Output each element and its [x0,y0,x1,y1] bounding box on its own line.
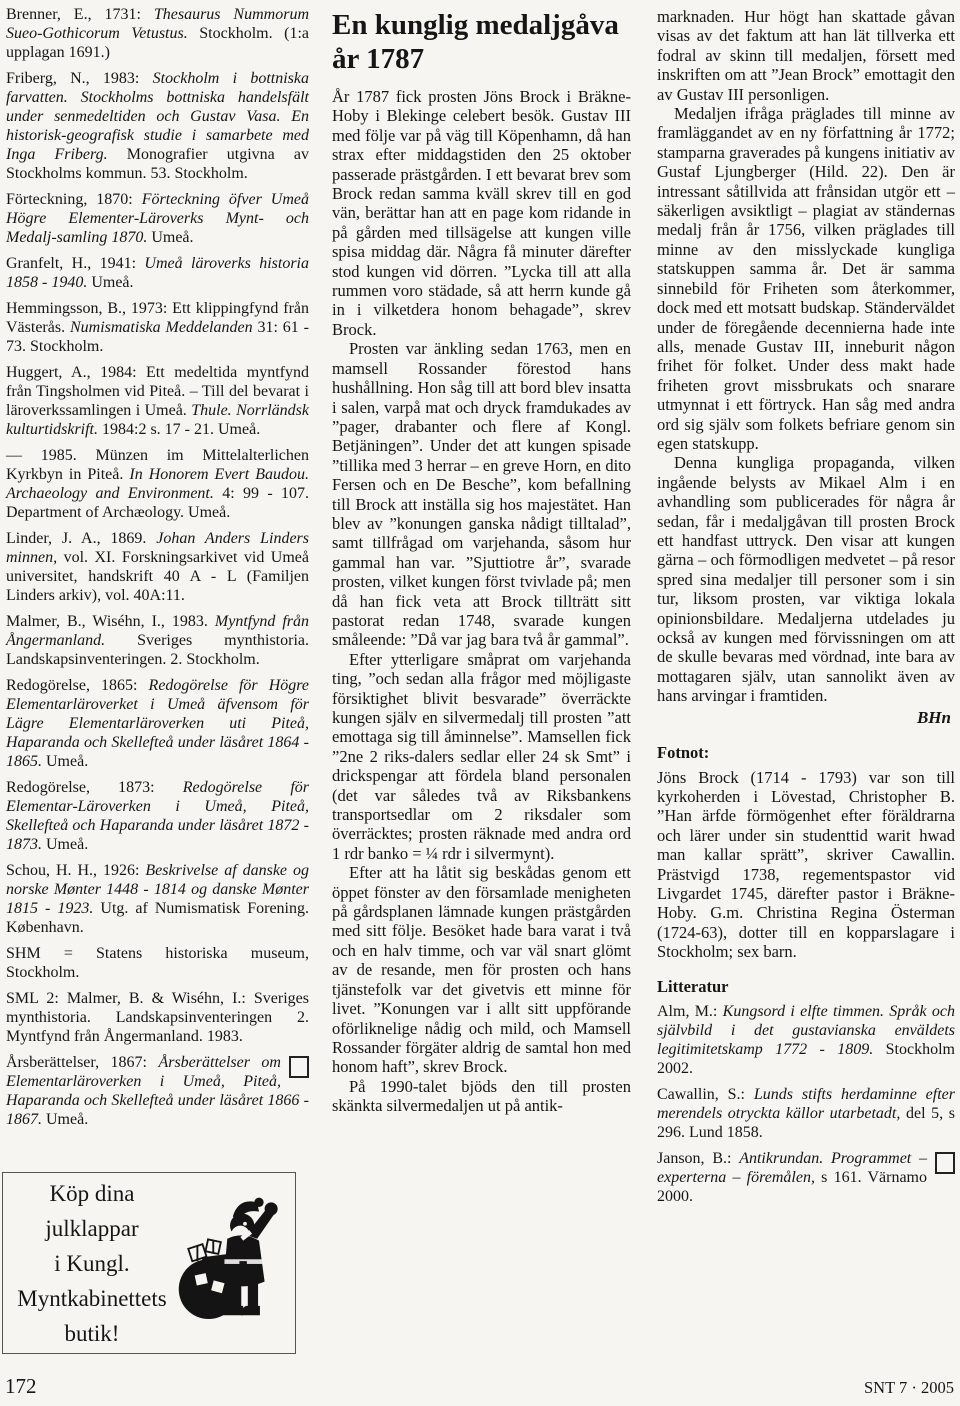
article-paragraph: Efter att ha låtit sig beskådas genom et… [332,863,631,1076]
reference-entry: — 1985. Münzen im Mittelalterlichen Kyrk… [6,446,309,522]
reference-entry: SHM = Statens historiska museum, Stockho… [6,944,309,982]
reference-entry: Brenner, E., 1731: Thesaurus Nummorum Su… [6,5,309,62]
article-title-line2: år 1787 [332,42,631,76]
advert-line: Köp dina julklappar [9,1176,175,1246]
article-paragraph: År 1787 fick prosten Jöns Brock i Bräkne… [332,87,631,339]
reference-entry: Schou, H. H., 1926: Beskrivelse af dansk… [6,861,309,937]
reference-entry: Granfelt, H., 1941: Umeå läroverks histo… [6,254,309,292]
article-signature: BHn [657,708,951,728]
article-title-line1: En kunglig medaljgåva [332,8,631,42]
journal-issue-label: SNT 7 · 2005 [864,1378,954,1398]
literature-entry: Cawallin, S.: Lunds stifts herdaminne ef… [657,1085,955,1142]
advert-text: Köp dina julklappar i Kungl. Myntkabinet… [3,1176,175,1351]
literature-heading: Litteratur [657,977,955,997]
advert-line: i Kungl. [9,1246,175,1281]
end-of-article-marker [935,1152,955,1174]
reference-entry: Förteckning, 1870: Förteckning öfver Ume… [6,190,309,247]
article-column-1: En kunglig medaljgåva år 1787 År 1787 fi… [332,8,631,1116]
footnote-text: Jöns Brock (1714 - 1793) var son till ky… [657,768,955,962]
reference-entry: Malmer, B., Wiséhn, I., 1983. Myntfynd f… [6,612,309,669]
reference-entry: Hemmingsson, B., 1973: Ett klippingfynd … [6,299,309,356]
references-column: Brenner, E., 1731: Thesaurus Nummorum Su… [6,5,309,1136]
journal-page: Brenner, E., 1731: Thesaurus Nummorum Su… [0,0,960,1406]
advert-line: Myntkabinettets [9,1281,175,1316]
literature-entry: Janson, B.: Antikrundan. Programmet – ex… [657,1149,955,1206]
reference-entry: Redogörelse, 1865: Redogörelse för Högre… [6,676,309,771]
article-paragraph: Prosten var änkling sedan 1763, men en m… [332,339,631,650]
literature-list: Alm, M.: Kungsord i elfte timmen. Språk … [657,1002,955,1206]
article-paragraph: Medaljen ifråga präglades till minne av … [657,104,955,453]
advert-box: Köp dina julklappar i Kungl. Myntkabinet… [2,1172,296,1354]
reference-entry: Redogörelse, 1873: Redogörelse för Eleme… [6,778,309,854]
article-title: En kunglig medaljgåva år 1787 [332,8,631,76]
end-of-article-marker [289,1056,309,1078]
page-footer: 172 SNT 7 · 2005 [5,1374,954,1399]
article-paragraph: Efter ytterligare småprat om varjehanda … [332,650,631,863]
reference-entry: Linder, J. A., 1869. Johan Anders Linder… [6,529,309,605]
santa-illustration [175,1188,287,1338]
reference-entry: Årsberättelser, 1867: Årsberättelser om … [6,1053,309,1129]
article-paragraph: På 1990-talet bjöds den till prosten skä… [332,1077,631,1116]
article-paragraph: marknaden. Hur högt han skattade gåvan v… [657,7,955,104]
reference-entry: Huggert, A., 1984: Ett medeltida myntfyn… [6,363,309,439]
advert-line: butik! [9,1316,175,1351]
reference-entry: Friberg, N., 1983: Stockholm i bottniska… [6,69,309,183]
reference-entry: SML 2: Malmer, B. & Wiséhn, I.: Sveriges… [6,989,309,1046]
footnote-heading: Fotnot: [657,743,955,763]
page-number: 172 [5,1374,37,1399]
article-paragraph: Denna kungliga propaganda, vilken ingåen… [657,453,955,705]
article-column-2: marknaden. Hur högt han skattade gåvan v… [657,7,955,1213]
literature-entry: Alm, M.: Kungsord i elfte timmen. Språk … [657,1002,955,1078]
